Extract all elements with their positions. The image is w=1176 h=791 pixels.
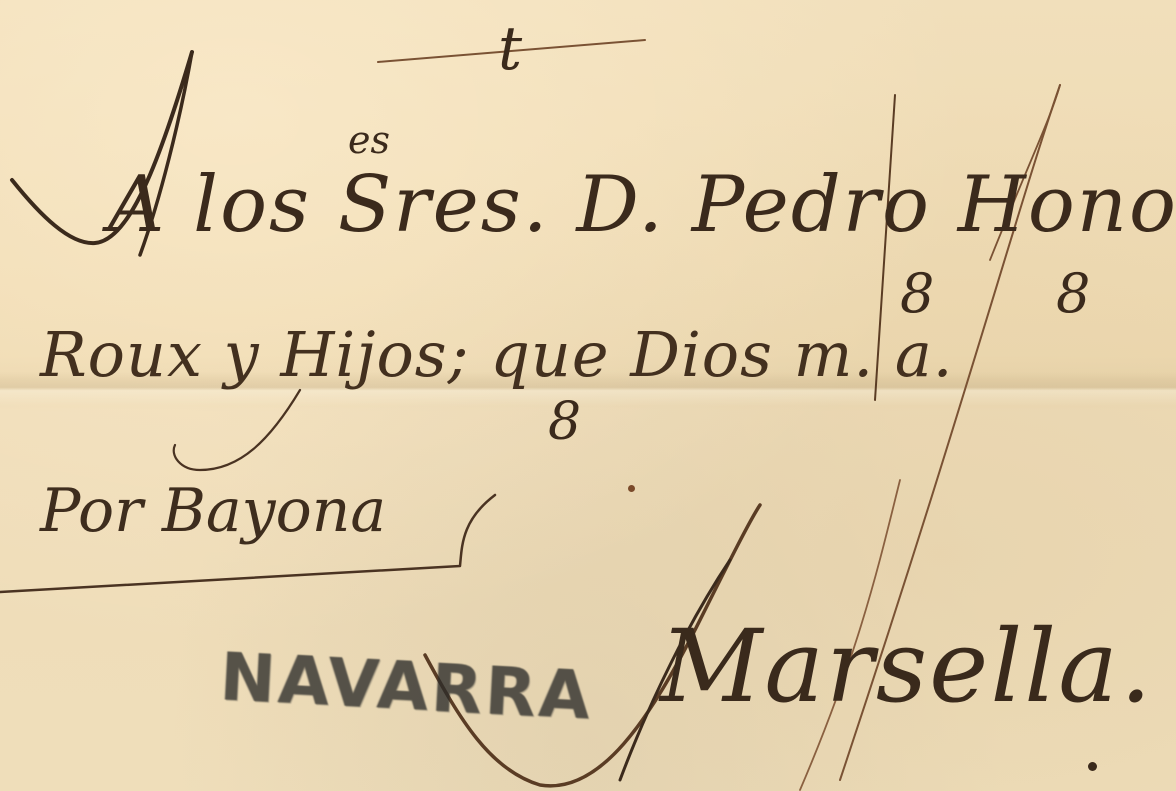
address-line-2: Roux y Hijos; que Dios m. a. [40, 318, 954, 391]
destination-city: Marsella. [660, 608, 1154, 725]
routing-instruction: Por Bayona [40, 476, 386, 546]
rate-mark-1: 8 [900, 262, 934, 325]
rate-mark-3: 8 [548, 392, 581, 452]
ink-dot [1088, 762, 1097, 771]
top-mark: t [498, 14, 522, 84]
letter-cover: t es A los Sres. D. Pedro Honore 8 8 Rou… [0, 0, 1176, 791]
address-superscript: es [348, 118, 390, 162]
ink-spot [628, 485, 635, 492]
address-line-1: A los Sres. D. Pedro Honore [108, 160, 1176, 250]
rate-mark-2: 8 [1056, 262, 1090, 325]
